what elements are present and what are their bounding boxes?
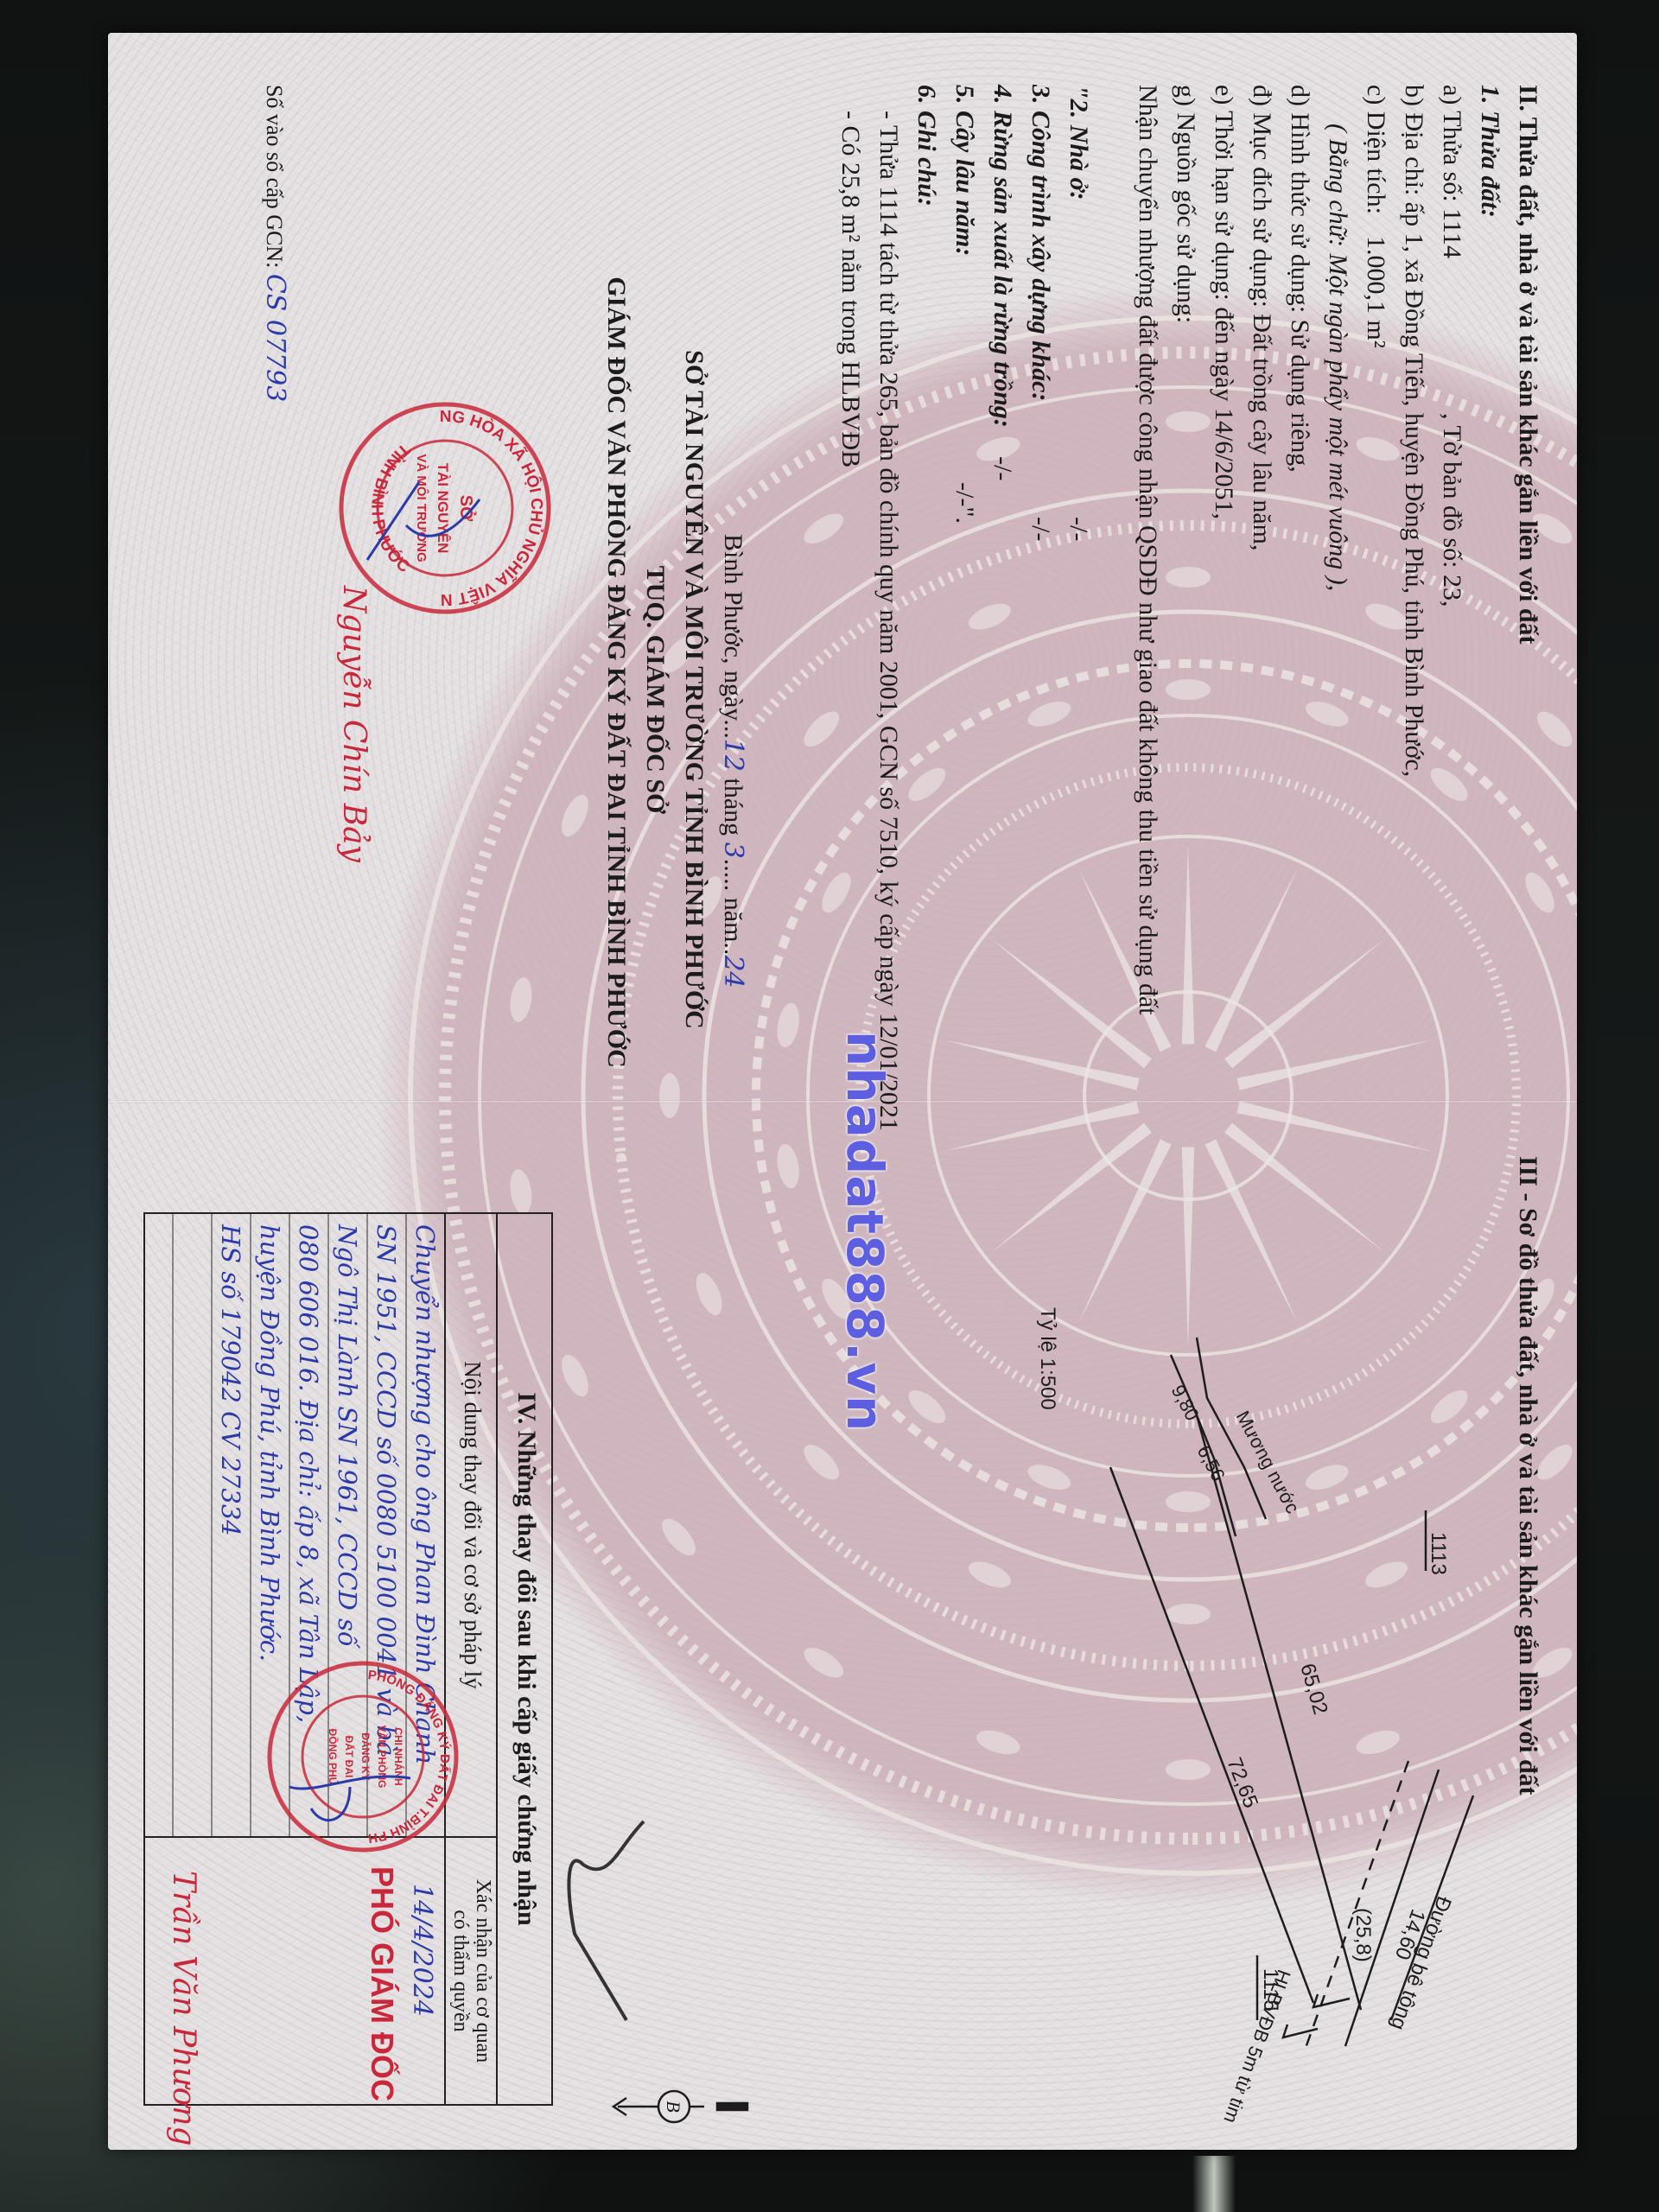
house-value: -/- — [1064, 517, 1094, 541]
land-certificate-paper: II. Thửa đất, nhà ở và tài sản khác gắn … — [108, 33, 1577, 2150]
notes-label: 6. Ghi chú: — [912, 85, 942, 207]
rotated-document-frame: II. Thửa đất, nhà ở và tài sản khác gắn … — [0, 0, 1659, 2212]
svg-text:72,65: 72,65 — [1222, 1754, 1262, 1811]
forest-value: -/- — [988, 456, 1018, 480]
changes-table-header: IV. Những thay đổi sau khi cấp giấy chứn… — [496, 1214, 551, 2104]
confirmation-role: PHÓ GIÁM ĐỐC — [365, 1866, 400, 2101]
svg-text:ĐỒNG PHÚ: ĐỒNG PHÚ — [327, 1729, 340, 1785]
svg-text:B: B — [663, 2101, 684, 2112]
confirmation-signer: Trần Văn Phương — [166, 1871, 201, 2146]
svg-text:Tỷ lệ 1:500: Tỷ lệ 1:500 — [1036, 1307, 1059, 1410]
issue-date-line: Bình Phước, ngày...12 tháng 3..... năm..… — [718, 534, 748, 988]
entry-line: 080 606 016. Địa chỉ: ấp 8, xã Tân Lập, — [294, 1224, 322, 1723]
origin-label: g) Nguồn gốc sử dụng: — [1171, 85, 1201, 323]
usage-purpose: đ) Mục đích sử dụng: Đất trồng cây lâu n… — [1247, 85, 1277, 550]
origin-value: Nhận chuyển nhượng đất được công nhận QS… — [1133, 85, 1163, 1015]
confirmation-date: 14/4/2024 — [407, 1884, 437, 2017]
issuer-office: GIÁM ĐỐC VĂN PHÒNG ĐĂNG KÝ ĐẤT ĐAI TỈNH … — [601, 240, 632, 1104]
svg-text:VĂN PHÒNG: VĂN PHÒNG — [376, 1726, 389, 1789]
svg-text:TÀI NGUYÊN: TÀI NGUYÊN — [435, 463, 451, 554]
svg-text:ĐĂNG KÝ: ĐĂNG KÝ — [359, 1732, 372, 1780]
svg-text:VÀ MÔI TRƯỜNG: VÀ MÔI TRƯỜNG — [414, 454, 429, 562]
entry-line: huyện Đồng Phú, tỉnh Bình Phước. — [255, 1224, 283, 1662]
svg-text:65,02: 65,02 — [1295, 1661, 1332, 1717]
neighbor-parcel-top: 1113 — [1427, 1532, 1450, 1575]
svg-text:(25,8): (25,8) — [1351, 1908, 1375, 1962]
column-confirm-label-2: có thẩm quyền — [448, 1838, 472, 2104]
usage-form: d) Hình thức sử dụng: Sử dụng riêng, — [1285, 85, 1315, 473]
date-year-prefix: ..... năm.. — [719, 859, 747, 956]
parcel-diagram: 1113 1115 65,02 72,65 Đường bê tông 14,6… — [557, 1104, 1577, 2150]
date-year: 24 — [718, 955, 748, 988]
perennial-label: 5. Cây lâu năm: — [950, 85, 980, 256]
issuer-organization: SỞ TÀI NGUYÊN VÀ MÔI TRƯỜNG TỈNH BÌNH PH… — [679, 318, 709, 1061]
svg-text:TỈNH BÌNH PHƯỚC: TỈNH BÌNH PHƯỚC — [367, 440, 413, 577]
area-in-words: ( Bằng chữ: Một ngàn phẩy một mét vuông … — [1323, 124, 1353, 591]
date-day: 12 — [718, 739, 748, 772]
date-month-prefix: tháng — [719, 772, 747, 842]
svg-text:6,56: 6,56 — [1193, 1442, 1230, 1485]
svg-text:ĐẤT ĐAI: ĐẤT ĐAI — [343, 1736, 356, 1778]
entry-line: HS số 179042 CV 27334 — [216, 1224, 245, 1536]
other-works-value: -/- — [1026, 517, 1056, 541]
area-value: 1.000,1 m² — [1361, 236, 1391, 348]
map-sheet-number: , Tờ bản đồ số: 23, — [1437, 413, 1467, 607]
column-header-confirmation: Xác nhận của cơ quan có thẩm quyền — [444, 1838, 496, 2104]
house-label: "2. Nhà ở: — [1064, 85, 1094, 200]
registry-value: CS 07793 — [260, 274, 290, 402]
note-line: - Thửa 1114 tách từ thửa 265, bản đồ chí… — [874, 111, 904, 1131]
date-prefix: Bình Phước, ngày... — [719, 534, 747, 739]
entry-line: Ngô Thị Lành SN 1961, CCCD số — [333, 1224, 361, 1647]
registry-label: Số vào sổ cấp GCN: — [262, 85, 287, 268]
registry-number-line: Số vào sổ cấp GCN: CS 07793 — [260, 85, 290, 402]
other-works-label: 3. Công trình xây dựng khác: — [1026, 85, 1056, 401]
subsection-land-parcel: 1. Thửa đất: — [1475, 85, 1505, 218]
perennial-value: -/-". — [950, 482, 980, 524]
column-content-label: Nội dung thay đổi và cơ sở pháp lý — [459, 1214, 486, 1836]
signer-name: Nguyễn Chín Bảy — [336, 586, 372, 862]
parcel-address: b) Địa chỉ: ấp 1, xã Đồng Tiến, huyện Đồ… — [1399, 85, 1429, 777]
changes-title: IV. Những thay đổi sau khi cấp giấy chứn… — [512, 1214, 542, 2104]
branch-office-red-stamp-icon: VĂN PHÒNG ĐĂNG KÝ ĐẤT ĐAI T.BÌNH PHƯỚC C… — [264, 1657, 462, 1856]
forest-label: 4. Rừng sản xuất là rừng trồng: — [988, 85, 1018, 428]
date-month: 3 — [718, 842, 748, 859]
column-confirm-label-1: Xác nhận của cơ quan — [470, 1838, 494, 2104]
usage-term: e) Thời hạn sử dụng: đến ngày 14/6/2051, — [1209, 85, 1239, 519]
parcel-number: a) Thửa số: 1114 — [1437, 85, 1467, 258]
area-label: c) Diện tích: — [1361, 85, 1391, 214]
section-ii-title: II. Thửa đất, nhà ở và tài sản khác gắn … — [1513, 85, 1543, 645]
issuer-role: TUQ. GIÁM ĐỐC SỞ — [640, 318, 671, 1061]
note-line: - Có 25,8 m² nằm trong HLBVĐB — [836, 111, 866, 467]
